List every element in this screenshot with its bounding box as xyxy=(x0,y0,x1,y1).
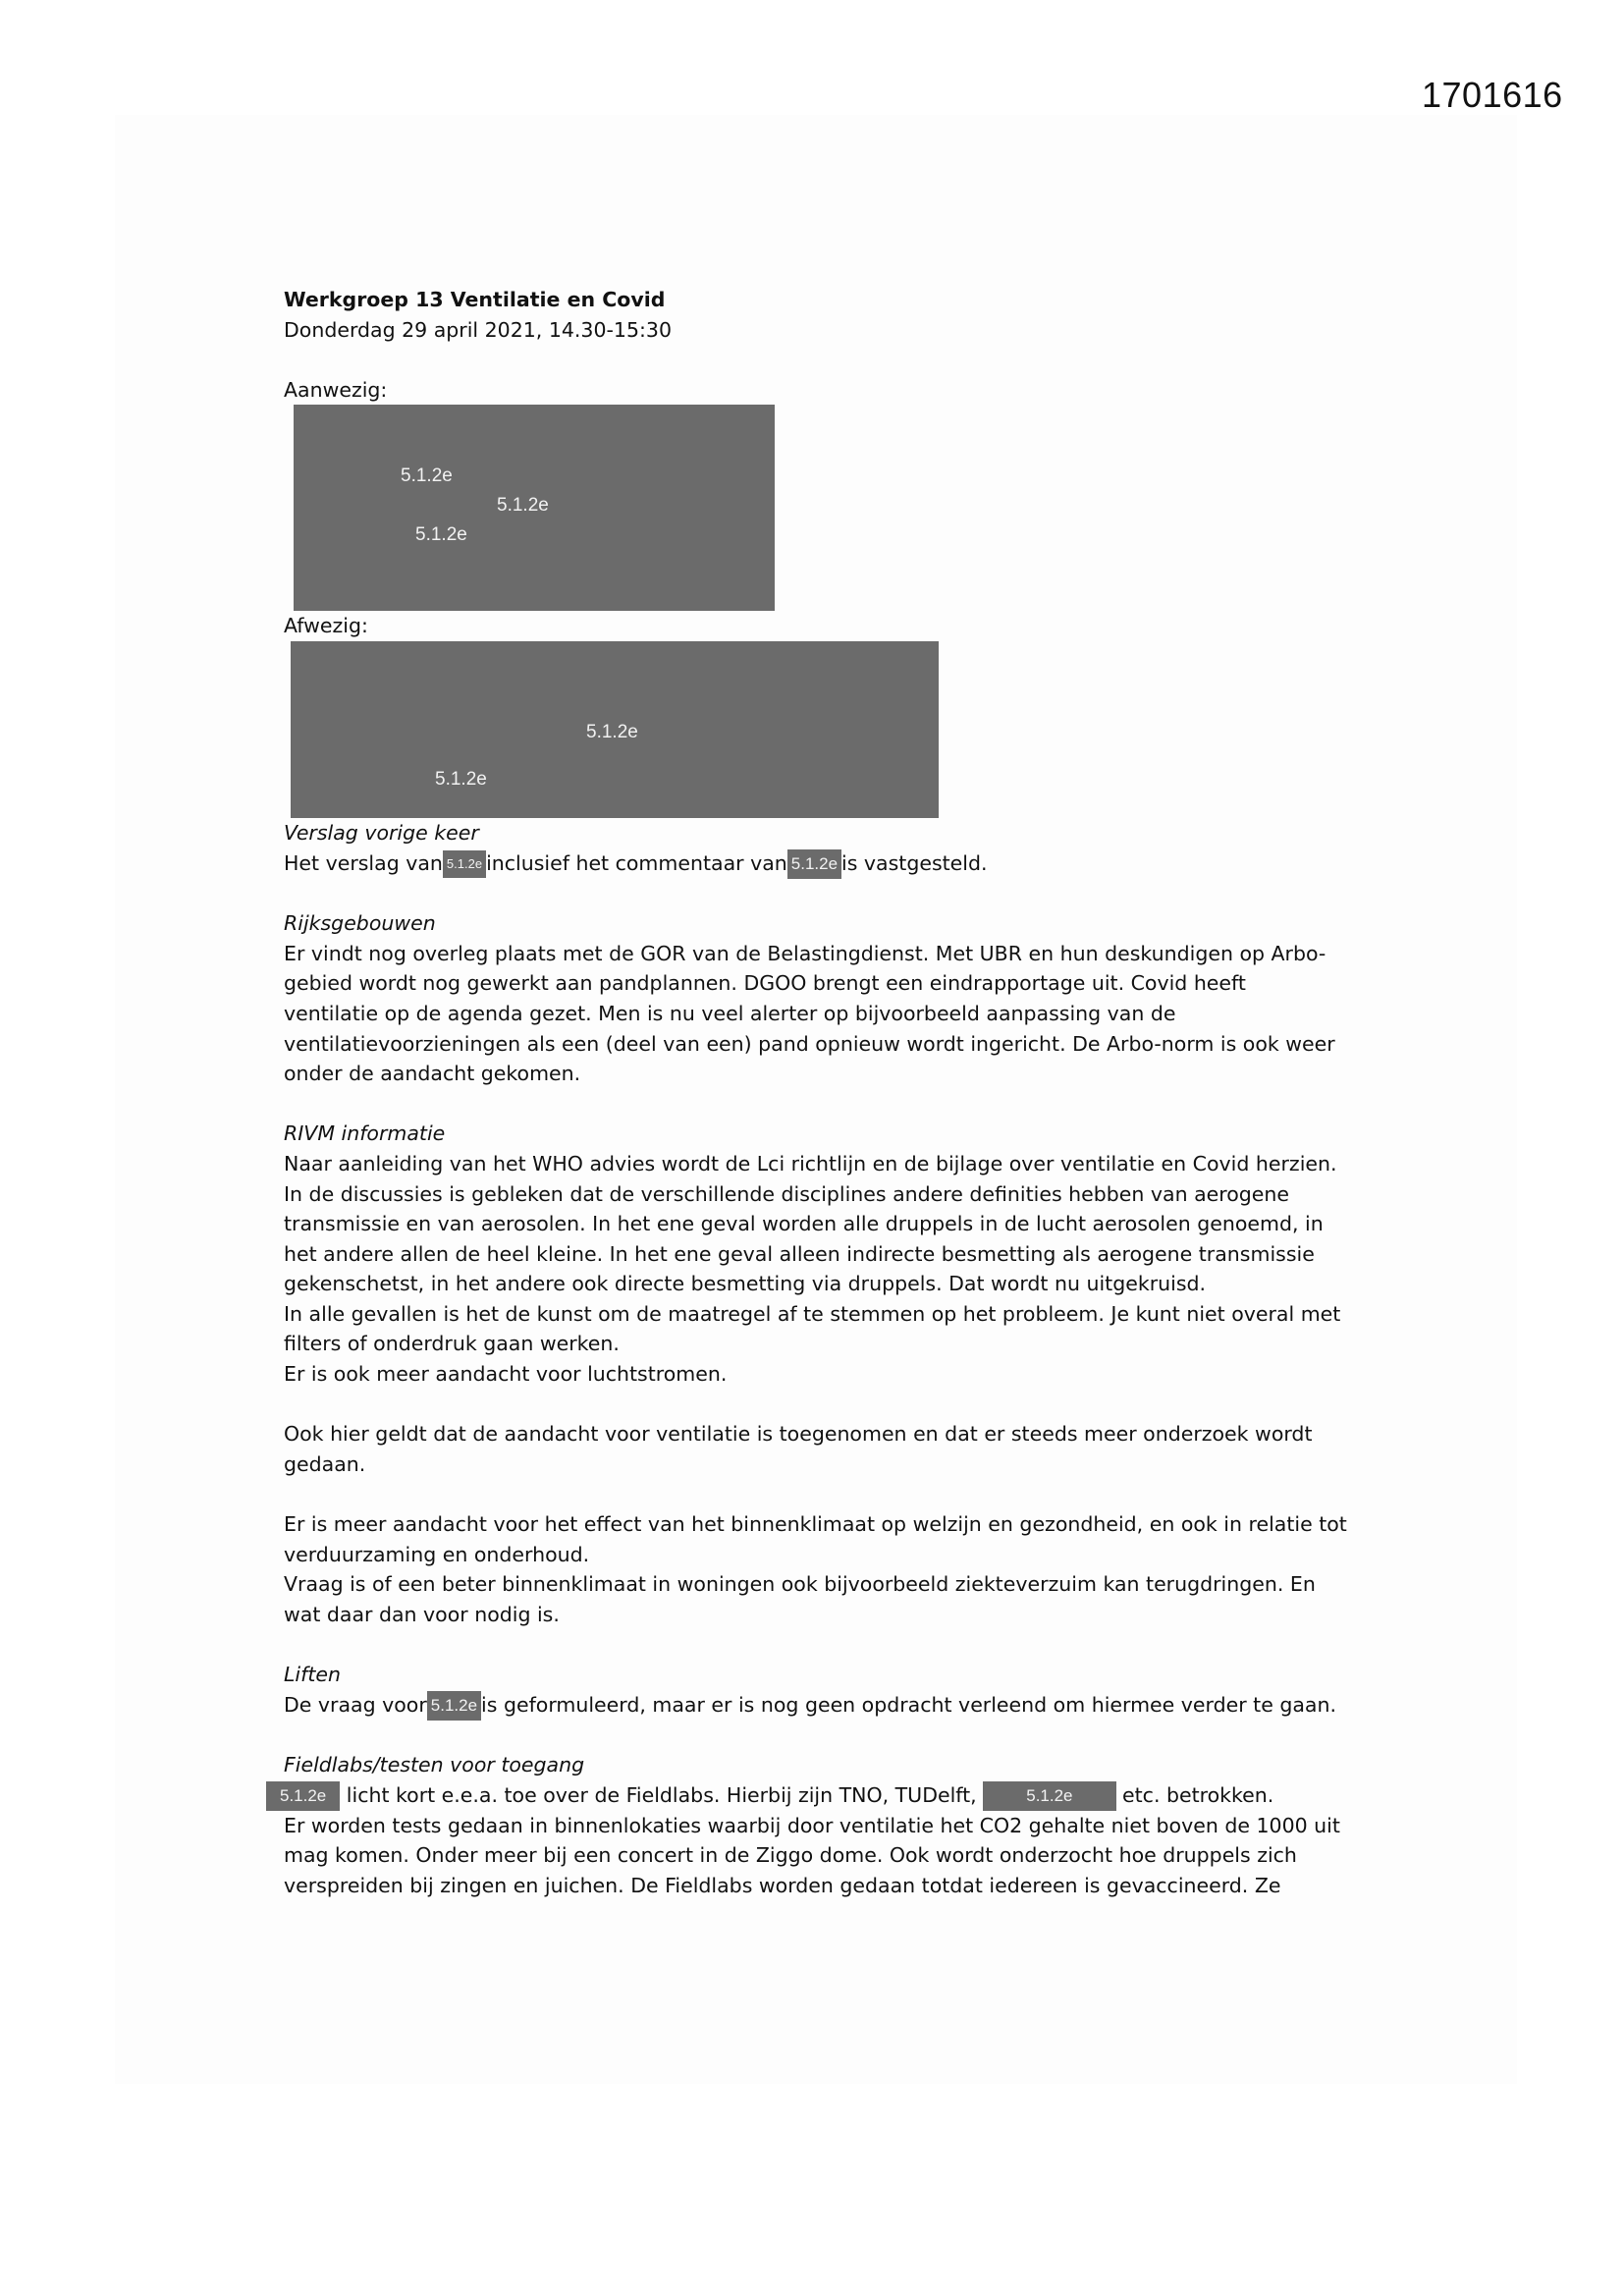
redaction-code: 5.1.2e xyxy=(586,718,638,748)
paragraph-line: Ook hier geldt dat de aandacht voor vent… xyxy=(284,1419,1374,1449)
paragraph-line: gekenschetst, in het andere ook directe … xyxy=(284,1269,1374,1299)
paragraph-line: ventilatievoorzieningen als een (deel va… xyxy=(284,1029,1374,1060)
paragraph-line: wat daar dan voor nodig is. xyxy=(284,1600,1374,1630)
inline-redaction: 5.1.2e xyxy=(787,849,841,879)
section-heading-fieldlabs: Fieldlabs/testen voor toegang xyxy=(284,1750,1374,1780)
paragraph-line: mag komen. Onder meer bij een concert in… xyxy=(284,1840,1374,1871)
redaction-code: 5.1.2e xyxy=(401,462,453,492)
inline-redaction: 5.1.2e xyxy=(427,1691,481,1721)
fieldlabs-text: 5.1.2e licht kort e.e.a. toe over de Fie… xyxy=(266,1780,1374,1811)
paragraph-line: gedaan. xyxy=(284,1449,1374,1480)
section-heading-rijksgebouwen: Rijksgebouwen xyxy=(284,908,1374,939)
paragraph-line: onder de aandacht gekomen. xyxy=(284,1059,1374,1089)
paragraph-line: gebied wordt nog gewerkt aan pandplannen… xyxy=(284,968,1374,999)
redaction-code: 5.1.2e xyxy=(435,765,487,795)
paragraph-line: Er is ook meer aandacht voor luchtstrome… xyxy=(284,1359,1374,1390)
redaction-code: 5.1.2e xyxy=(497,491,549,521)
meeting-minutes: Werkgroep 13 Ventilatie en Covid Donderd… xyxy=(284,285,1374,1901)
paragraph-line: Er is meer aandacht voor het effect van … xyxy=(284,1509,1374,1540)
redaction-code: 5.1.2e xyxy=(415,520,467,551)
absent-redaction-block: 5.1.2e 5.1.2e xyxy=(291,641,939,818)
paragraph-line: verspreiden bij zingen en juichen. De Fi… xyxy=(284,1871,1374,1901)
paragraph-line: Er worden tests gedaan in binnenlokaties… xyxy=(284,1811,1374,1841)
paragraph-line: In de discussies is gebleken dat de vers… xyxy=(284,1179,1374,1210)
inline-redaction: 5.1.2e xyxy=(443,850,486,878)
section-heading-verslag: Verslag vorige keer xyxy=(284,818,1374,848)
verslag-text: Het verslag van5.1.2einclusief het comme… xyxy=(284,848,1374,879)
section-heading-liften: Liften xyxy=(284,1660,1374,1690)
paragraph-line: In alle gevallen is het de kunst om de m… xyxy=(284,1299,1374,1330)
absent-label: Afwezig: xyxy=(284,611,1374,641)
paragraph-line: Er vindt nog overleg plaats met de GOR v… xyxy=(284,939,1374,969)
paragraph-line: het andere allen de heel kleine. In het … xyxy=(284,1239,1374,1270)
inline-redaction: 5.1.2e xyxy=(983,1781,1115,1811)
section-heading-rivm: RIVM informatie xyxy=(284,1119,1374,1149)
document-number: 1701616 xyxy=(1422,75,1563,116)
paragraph-line: verduurzaming en onderhoud. xyxy=(284,1540,1374,1570)
paragraph-line: transmissie en van aerosolen. In het ene… xyxy=(284,1209,1374,1239)
paragraph-line: ventilatie op de agenda gezet. Men is nu… xyxy=(284,999,1374,1029)
present-redaction-block: 5.1.2e 5.1.2e 5.1.2e xyxy=(294,405,775,611)
inline-redaction: 5.1.2e xyxy=(266,1781,340,1811)
liften-text: De vraag voor5.1.2eis geformuleerd, maar… xyxy=(284,1690,1374,1721)
paragraph-line: Vraag is of een beter binnenklimaat in w… xyxy=(284,1569,1374,1600)
meeting-datetime: Donderdag 29 april 2021, 14.30-15:30 xyxy=(284,315,1374,346)
document-title: Werkgroep 13 Ventilatie en Covid xyxy=(284,285,1374,315)
paragraph-line: Naar aanleiding van het WHO advies wordt… xyxy=(284,1149,1374,1179)
paragraph-line: filters of onderdruk gaan werken. xyxy=(284,1329,1374,1359)
present-label: Aanwezig: xyxy=(284,375,1374,406)
